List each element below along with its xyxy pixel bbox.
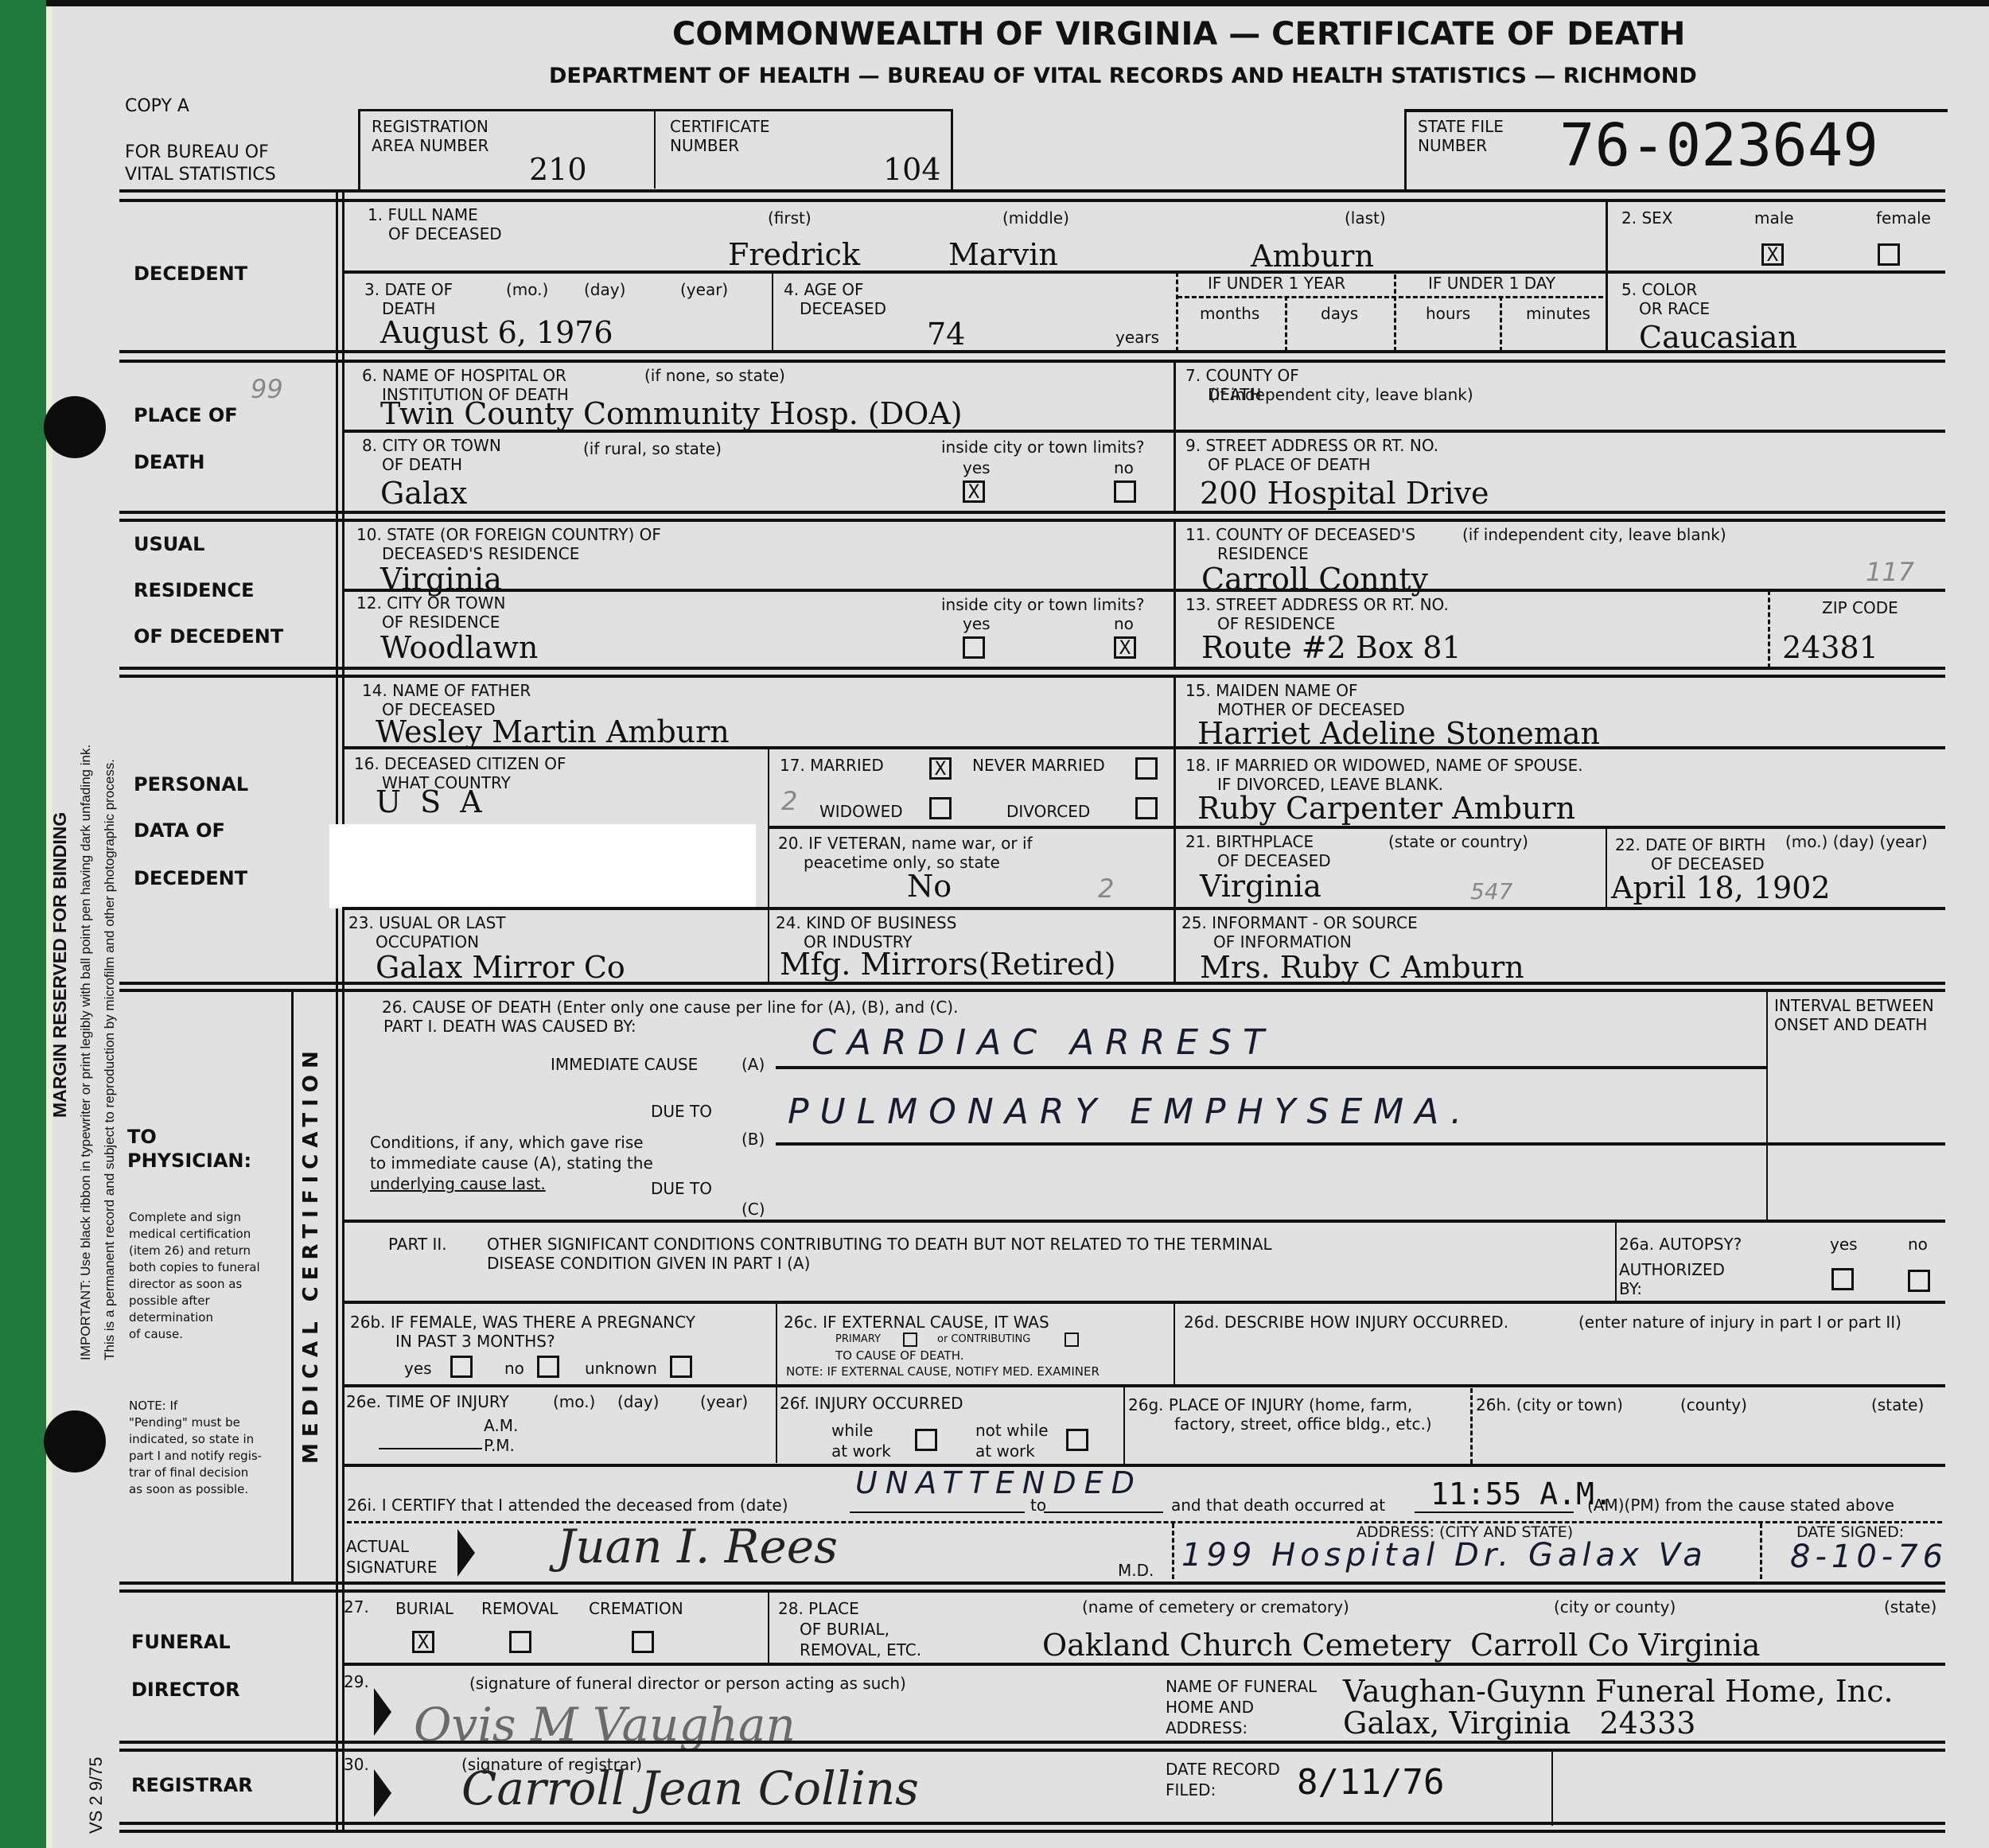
removal-checkbox[interactable] (509, 1631, 531, 1653)
injury-year: (year) (700, 1392, 748, 1411)
while-at-work-checkbox[interactable] (915, 1429, 937, 1451)
rule (342, 1220, 1945, 1223)
field4-label-2: DECEASED (800, 299, 886, 318)
funeral-home-name: Vaughan-Guynn Funeral Home, Inc. (1343, 1675, 1894, 1707)
injury-occurred-label: 26f. INJURY OCCURRED (780, 1394, 963, 1413)
conditions-note: Conditions, if any, which gave rise (370, 1133, 644, 1152)
part2-text-2: DISEASE CONDITION GIVEN IN PART I (A) (487, 1254, 810, 1273)
registration-area-number: 210 (529, 154, 587, 185)
form-number: VS 2 9/75 (86, 1757, 107, 1834)
state-file-label-2: NUMBER (1418, 136, 1487, 155)
due-to-b-label: DUE TO (651, 1102, 712, 1121)
note-line: NOTE: If (129, 1398, 262, 1414)
field23-label-2: OCCUPATION (376, 932, 479, 951)
middle-name: Marvin (948, 239, 1058, 270)
signature-arrow-icon (457, 1529, 475, 1577)
rule (850, 1511, 1025, 1513)
section-place-of: PLACE OF (134, 404, 238, 426)
pregnancy-unknown-checkbox[interactable] (670, 1356, 692, 1378)
rule (768, 1591, 769, 1664)
autopsy-yes-checkbox[interactable] (1831, 1268, 1854, 1290)
field11-label: 11. COUNTY OF DECEASED'S (1185, 525, 1415, 544)
contributing-checkbox[interactable] (1065, 1333, 1079, 1347)
rule (119, 667, 1945, 670)
cause-b-marker: (B) (741, 1130, 765, 1149)
am-label: A.M. (484, 1416, 518, 1435)
rule (342, 189, 344, 1832)
never-married-checkbox[interactable] (1135, 757, 1158, 780)
rule (1285, 296, 1287, 352)
field12-label: 12. CITY OR TOWN (356, 593, 506, 613)
at-work-label: at work (831, 1441, 891, 1461)
actual-signature-label-2: SIGNATURE (346, 1558, 438, 1577)
field10-label-2: DECEASED'S RESIDENCE (382, 544, 579, 563)
age: 74 (927, 318, 965, 350)
field22-note: (mo.) (day) (year) (1785, 832, 1928, 851)
rule (768, 748, 769, 983)
part1-label: PART I. DEATH WAS CAUSED BY: (383, 1017, 636, 1036)
residence-inside-limits-yes-checkbox[interactable] (963, 636, 985, 659)
injury-county-label: (county) (1680, 1395, 1747, 1414)
part2-text: OTHER SIGNIFICANT CONDITIONS CONTRIBUTIN… (487, 1235, 1272, 1254)
cremation-checkbox[interactable] (632, 1631, 654, 1653)
section-decedent: DECEDENT (134, 263, 247, 285)
field29-label: 29. (344, 1672, 369, 1691)
widowed-checkbox[interactable] (929, 797, 952, 819)
street-of-death: 200 Hospital Drive (1200, 477, 1489, 509)
section-usual: USUAL (134, 533, 204, 555)
time-of-injury-label: 26e. TIME OF INJURY (346, 1392, 509, 1411)
note-line: part I and notify regis- (129, 1448, 262, 1465)
burial-place: Oakland Church Cemetery Carroll Co Virgi… (1042, 1629, 1760, 1661)
rule (1174, 360, 1176, 512)
death-time: 11:55 A.M. (1430, 1476, 1613, 1511)
green-binding-strip (0, 0, 46, 1848)
injury-description-label: 26d. DESCRIBE HOW INJURY OCCURRED. (1184, 1313, 1508, 1332)
divorced-checkbox[interactable] (1135, 797, 1158, 819)
inside-limits-label: inside city or town limits? (941, 595, 1144, 614)
date-filed-label-2: FILED: (1166, 1780, 1216, 1799)
note-line: determination (129, 1309, 260, 1326)
certificate-label-2: NUMBER (670, 136, 739, 155)
rule (119, 360, 1945, 363)
rule (1044, 1511, 1163, 1513)
death-occurred-label: and that death occurred at (1171, 1496, 1385, 1515)
rule (768, 826, 1945, 829)
field11-note: (if independent city, leave blank) (1462, 525, 1726, 544)
note-line: medical certification (129, 1226, 260, 1243)
attended-dates: UNATTENDED (855, 1465, 1142, 1500)
birth-date: April 18, 1902 (1611, 872, 1831, 904)
city-county-header: (city or county) (1554, 1597, 1676, 1617)
funeral-signature-header: (signature of funeral director or person… (469, 1674, 906, 1693)
rule (776, 1066, 1766, 1069)
medical-certification-label: MEDICAL CERTIFICATION (299, 1045, 323, 1464)
autopsy-yes-label: yes (1830, 1235, 1858, 1254)
zip-code: 24381 (1782, 632, 1878, 663)
occupation: Galax Mirror Co (376, 951, 625, 983)
pregnancy-label: 26b. IF FEMALE, WAS THERE A PREGNANCY (350, 1313, 695, 1332)
rule (1768, 590, 1770, 668)
autopsy-no-checkbox[interactable] (1908, 1270, 1930, 1292)
margin-permanent-text: This is a permanent record and subject t… (102, 759, 118, 1360)
married-checkbox[interactable]: X (929, 757, 952, 780)
yes-label: yes (963, 458, 991, 477)
field13-label: 13. STREET ADDRESS OR RT. NO. (1185, 595, 1449, 614)
rule (119, 519, 1945, 522)
rule (1123, 1386, 1125, 1464)
pm-label: P.M. (484, 1436, 515, 1455)
section-registrar: REGISTRAR (131, 1774, 253, 1796)
race: Caucasian (1639, 321, 1797, 353)
injury-day: (day) (617, 1392, 659, 1411)
contributing-label: or CONTRIBUTING (937, 1332, 1030, 1348)
state-header: (state) (1884, 1597, 1936, 1617)
last-header: (last) (1345, 208, 1386, 228)
immediate-cause-label: IMMEDIATE CAUSE (551, 1055, 698, 1074)
female-checkbox[interactable] (1878, 243, 1900, 266)
md-label: M.D. (1118, 1561, 1154, 1580)
note-line: of cause. (129, 1326, 260, 1343)
date-of-death: August 6, 1976 (380, 317, 613, 348)
actual-signature-label: ACTUAL (346, 1537, 409, 1556)
primary-checkbox[interactable] (903, 1333, 917, 1347)
date-signed: 8-10-76 (1790, 1539, 1948, 1575)
field12-label-2: OF RESIDENCE (382, 613, 500, 632)
pregnancy-no-checkbox[interactable] (537, 1356, 559, 1378)
note-line: indicated, so state in (129, 1431, 262, 1448)
removal-label: REMOVAL (481, 1599, 558, 1618)
funeral-home-label: NAME OF FUNERAL (1166, 1677, 1317, 1696)
state-file-label: STATE FILE (1418, 117, 1504, 136)
minutes-label: minutes (1526, 304, 1590, 323)
field11-label-2: RESIDENCE (1217, 544, 1309, 563)
field8-label: 8. CITY OR TOWN (362, 436, 501, 455)
while-label: while (831, 1421, 873, 1440)
field24-label: 24. KIND OF BUSINESS (776, 913, 956, 932)
field22-label: 22. DATE OF BIRTH (1615, 835, 1765, 854)
rule (772, 272, 773, 352)
section-to: TO (127, 1126, 157, 1148)
rule (1470, 1388, 1473, 1464)
rule (119, 1749, 1945, 1752)
margin-binding-text: MARGIN RESERVED FOR BINDING (49, 812, 71, 1118)
not-at-work-label: at work (975, 1441, 1035, 1461)
not-while-label: not while (975, 1421, 1049, 1440)
part2-label: PART II. (388, 1235, 447, 1254)
field8-label-2: OF DEATH (382, 455, 462, 474)
rule (1415, 1511, 1574, 1513)
cause-a: CARDIAC ARREST (812, 1022, 1275, 1063)
field20-label-2: peacetime only, so state (804, 853, 1000, 872)
rule (1606, 827, 1607, 907)
rule (776, 1142, 1945, 1146)
male-checkbox[interactable]: X (1761, 243, 1784, 266)
burial-checkbox[interactable]: X (412, 1631, 434, 1653)
rule (1500, 296, 1502, 352)
rule (1176, 272, 1178, 352)
field25-label: 25. INFORMANT - OR SOURCE (1181, 913, 1418, 932)
field27-label: 27. (344, 1597, 369, 1617)
pregnancy-yes-label: yes (404, 1359, 432, 1378)
certificate-label: CERTIFICATE (670, 117, 770, 136)
pencil-note-117: 117 (1866, 557, 1914, 587)
years-label: years (1115, 328, 1159, 347)
sex-label: 2. SEX (1621, 208, 1672, 228)
widowed-label: WIDOWED (819, 802, 903, 821)
section-decedent-2: DECEDENT (134, 867, 247, 889)
pencil-note-99: 99 (251, 374, 283, 404)
rule (342, 1663, 1945, 1666)
physician-address: 199 Hospital Dr. Galax Va (1181, 1537, 1707, 1574)
rule (119, 350, 1945, 353)
external-cause-note: NOTE: IF EXTERNAL CAUSE, NOTIFY MED. EXA… (786, 1364, 1100, 1379)
rule (342, 270, 1945, 274)
pregnancy-unknown-label: unknown (585, 1359, 657, 1378)
not-while-at-work-checkbox[interactable] (1066, 1429, 1088, 1451)
certificate-subtitle: DEPARTMENT OF HEALTH — BUREAU OF VITAL R… (549, 64, 1697, 88)
field14-label: 14. NAME OF FATHER (362, 681, 531, 700)
pregnancy-label-2: IN PAST 3 MONTHS? (395, 1332, 555, 1351)
section-funeral: FUNERAL (131, 1631, 231, 1653)
field26-label: 26. CAUSE OF DEATH (Enter only one cause… (382, 998, 958, 1017)
rule (1606, 200, 1608, 352)
field21-note: (state or country) (1388, 832, 1528, 851)
rule (119, 199, 1945, 202)
year-header: (year) (680, 280, 728, 299)
rule (1172, 1523, 1174, 1579)
under-year-label: IF UNDER 1 YEAR (1208, 274, 1345, 293)
no-label: no (1114, 614, 1134, 633)
rule (119, 1741, 1945, 1744)
funeral-home-label-3: ADDRESS: (1166, 1718, 1248, 1737)
city-of-death: Galax (380, 477, 467, 509)
cause-stated-label: (AM)(PM) from the cause stated above (1587, 1496, 1894, 1515)
field1-label-2: OF DECEASED (388, 224, 502, 243)
note-line: trar of final decision (129, 1465, 262, 1481)
residence-inside-limits-no-checkbox[interactable]: X (1114, 636, 1136, 659)
field6-note: (if none, so state) (644, 366, 785, 385)
rule (342, 907, 1945, 910)
citizenship: U S A (376, 786, 487, 818)
autopsy-no-label: no (1908, 1235, 1928, 1254)
middle-header: (middle) (1002, 208, 1069, 228)
certificate-number: 104 (883, 154, 941, 185)
pencil-note-547: 547 (1470, 878, 1512, 905)
section-of-decedent: OF DECEDENT (134, 625, 283, 648)
registration-label-2: AREA NUMBER (372, 136, 488, 155)
never-married-label: NEVER MARRIED (972, 756, 1105, 775)
rule (342, 1464, 1945, 1467)
note-line: Complete and sign (129, 1209, 260, 1226)
field21-label-2: OF DECEASED (1217, 851, 1331, 870)
field9-label: 9. STREET ADDRESS OR RT. NO. (1185, 436, 1438, 455)
inside-limits-label: inside city or town limits? (941, 438, 1144, 457)
rule (1174, 1302, 1175, 1386)
conditions-note-2: to immediate cause (A), stating the (370, 1154, 653, 1173)
field18-label: 18. IF MARRIED OR WIDOWED, NAME OF SPOUS… (1185, 756, 1583, 775)
male-label: male (1754, 208, 1794, 228)
injury-mo: (mo.) (553, 1392, 595, 1411)
top-edge (46, 0, 1989, 6)
rule (379, 1448, 482, 1449)
section-data-of: DATA OF (134, 819, 225, 842)
father-name: Wesley Martin Amburn (376, 716, 730, 748)
physician-note: Complete and sign medical certification … (129, 1209, 260, 1343)
mother-maiden-name: Harriet Adeline Stoneman (1197, 718, 1600, 749)
field5-label-2: OR RACE (1639, 299, 1710, 318)
rule (1766, 990, 1768, 1221)
cause-b: PULMONARY EMPHYSEMA. (788, 1091, 1473, 1132)
rule (342, 430, 1945, 433)
death-inside-limits-no-checkbox[interactable] (1114, 480, 1136, 503)
date-record-filed: 8/11/76 (1297, 1762, 1444, 1803)
burial-label: BURIAL (395, 1599, 453, 1618)
field9-label-2: OF PLACE OF DEATH (1208, 455, 1371, 474)
rule (342, 1301, 1945, 1304)
rule (342, 746, 1945, 749)
rule (1615, 1221, 1617, 1301)
rule (342, 589, 1945, 592)
cause-a-marker: (A) (741, 1055, 765, 1074)
primary-label: PRIMARY (835, 1332, 881, 1348)
section-physician: PHYSICIAN: (127, 1150, 251, 1172)
rule (342, 1384, 1945, 1387)
injury-city-label: 26h. (city or town) (1476, 1395, 1623, 1414)
margin-important-text: IMPORTANT: Use black ribbon in typewrite… (78, 745, 94, 1360)
last-name: Amburn (1251, 240, 1374, 272)
field1-label: 1. FULL NAME (368, 205, 478, 224)
first-header: (first) (768, 208, 812, 228)
rule (119, 1589, 1945, 1593)
pregnancy-no-label: no (504, 1359, 524, 1378)
note-line: "Pending" must be (129, 1414, 262, 1431)
physician-signature[interactable]: Juan I. Rees (557, 1519, 838, 1574)
pencil-note-2: 2 (781, 786, 797, 816)
field5-label: 5. COLOR (1621, 280, 1697, 299)
under-day-label: IF UNDER 1 DAY (1428, 274, 1555, 293)
field21-label: 21. BIRTHPLACE (1185, 832, 1314, 851)
to-cause-label: TO CAUSE OF DEATH. (835, 1348, 964, 1364)
funeral-home-label-2: HOME AND (1166, 1698, 1254, 1717)
yes-label: yes (963, 614, 991, 633)
no-label: no (1114, 458, 1134, 477)
copy-a-label: COPY A (125, 97, 189, 116)
hospital-name: Twin County Community Hosp. (DOA) (380, 398, 963, 430)
residence-street: Route #2 Box 81 (1201, 632, 1462, 663)
spouse-name: Ruby Carpenter Amburn (1197, 792, 1575, 824)
rule (119, 1581, 1945, 1585)
field23-label: 23. USUAL OR LAST (348, 913, 506, 932)
due-to-c-label: DUE TO (651, 1179, 712, 1198)
first-name: Fredrick (728, 239, 860, 270)
rule (119, 982, 1945, 985)
certify-label: 26i. I CERTIFY that I attended the decea… (347, 1496, 788, 1515)
field30-label: 30. (344, 1755, 369, 1774)
injury-description-note: (enter nature of injury in part I or par… (1578, 1313, 1901, 1332)
field7-label: 7. COUNTY OF (1185, 366, 1299, 385)
rule (1760, 1523, 1762, 1579)
rule (1394, 274, 1396, 352)
day-header: (day) (584, 280, 625, 299)
redacted-field (329, 824, 756, 908)
pending-note: NOTE: If "Pending" must be indicated, so… (129, 1398, 262, 1498)
informant: Mrs. Ruby C Amburn (1200, 951, 1524, 983)
registrar-signature[interactable]: Carroll Jean Collins (461, 1761, 919, 1815)
section-personal: PERSONAL (134, 773, 248, 796)
field16-label: 16. DECEASED CITIZEN OF (354, 754, 566, 773)
pregnancy-yes-checkbox[interactable] (450, 1356, 473, 1378)
autopsy-label: 26a. AUTOPSY? (1619, 1235, 1742, 1254)
field10-label: 10. STATE (OR FOREIGN COUNTRY) OF (356, 525, 661, 544)
section-residence: RESIDENCE (134, 579, 255, 601)
rule (291, 989, 294, 1581)
cause-c-marker: (C) (741, 1200, 765, 1219)
divider (654, 109, 656, 189)
rule (336, 189, 338, 1832)
mo-header: (mo.) (506, 280, 548, 299)
rule (119, 675, 1945, 678)
note-line: both copies to funeral (129, 1259, 260, 1276)
field8-note: (if rural, so state) (583, 439, 722, 458)
interval-label: INTERVAL BETWEEN (1774, 996, 1934, 1015)
hours-label: hours (1426, 304, 1470, 323)
field6-label: 6. NAME OF HOSPITAL OR (362, 366, 566, 385)
birthplace: Virginia (1200, 870, 1321, 902)
cremation-label: CREMATION (589, 1599, 683, 1618)
date-signed-label: DATE SIGNED: (1796, 1524, 1904, 1540)
state-file-number: 76-023649 (1559, 111, 1878, 180)
pencil-note-2b: 2 (1098, 873, 1114, 904)
by-label: BY: (1619, 1279, 1642, 1298)
field28-label: 28. PLACE (778, 1599, 859, 1618)
rule (119, 511, 1945, 514)
rule (1174, 675, 1176, 983)
interval-label-2: ONSET AND DEATH (1774, 1015, 1927, 1034)
zip-label: ZIP CODE (1822, 598, 1898, 617)
note-line: director as soon as (129, 1276, 260, 1293)
field20-label: 20. IF VETERAN, name war, or if (778, 834, 1033, 853)
rule (1174, 519, 1176, 668)
industry: Mfg. Mirrors(Retired) (780, 948, 1116, 980)
rule (1551, 1750, 1553, 1826)
days-label: days (1321, 304, 1358, 323)
section-death: DEATH (134, 451, 204, 473)
residence-city: Woodlawn (380, 632, 538, 663)
funeral-home-address: Galax, Virginia 24333 (1343, 1707, 1695, 1739)
field28-label-2: OF BURIAL, (800, 1620, 889, 1639)
note-line: possible after (129, 1293, 260, 1309)
rule (776, 1302, 777, 1463)
note-line: as soon as possible. (129, 1481, 262, 1498)
funeral-signature-arrow-icon (374, 1688, 391, 1736)
binding-hole-top (44, 396, 106, 458)
death-inside-limits-yes-checkbox[interactable]: X (963, 480, 985, 503)
female-label: female (1876, 208, 1931, 228)
divorced-label: DIVORCED (1006, 802, 1090, 821)
place-of-injury-label-2: factory, street, office bldg., etc.) (1174, 1414, 1432, 1434)
field28-label-3: REMOVAL, ETC. (800, 1640, 921, 1659)
authorized-label: AUTHORIZED (1619, 1260, 1725, 1279)
registrar-signature-arrow-icon (374, 1769, 391, 1817)
rule (1177, 296, 1603, 298)
veteran-status: No (907, 870, 952, 902)
rule (119, 189, 1945, 193)
conditions-note-3: underlying cause last. (370, 1174, 546, 1193)
copy-vital-label: VITAL STATISTICS (125, 165, 276, 185)
injury-state-label: (state) (1871, 1395, 1924, 1414)
registration-label: REGISTRATION (372, 117, 488, 136)
